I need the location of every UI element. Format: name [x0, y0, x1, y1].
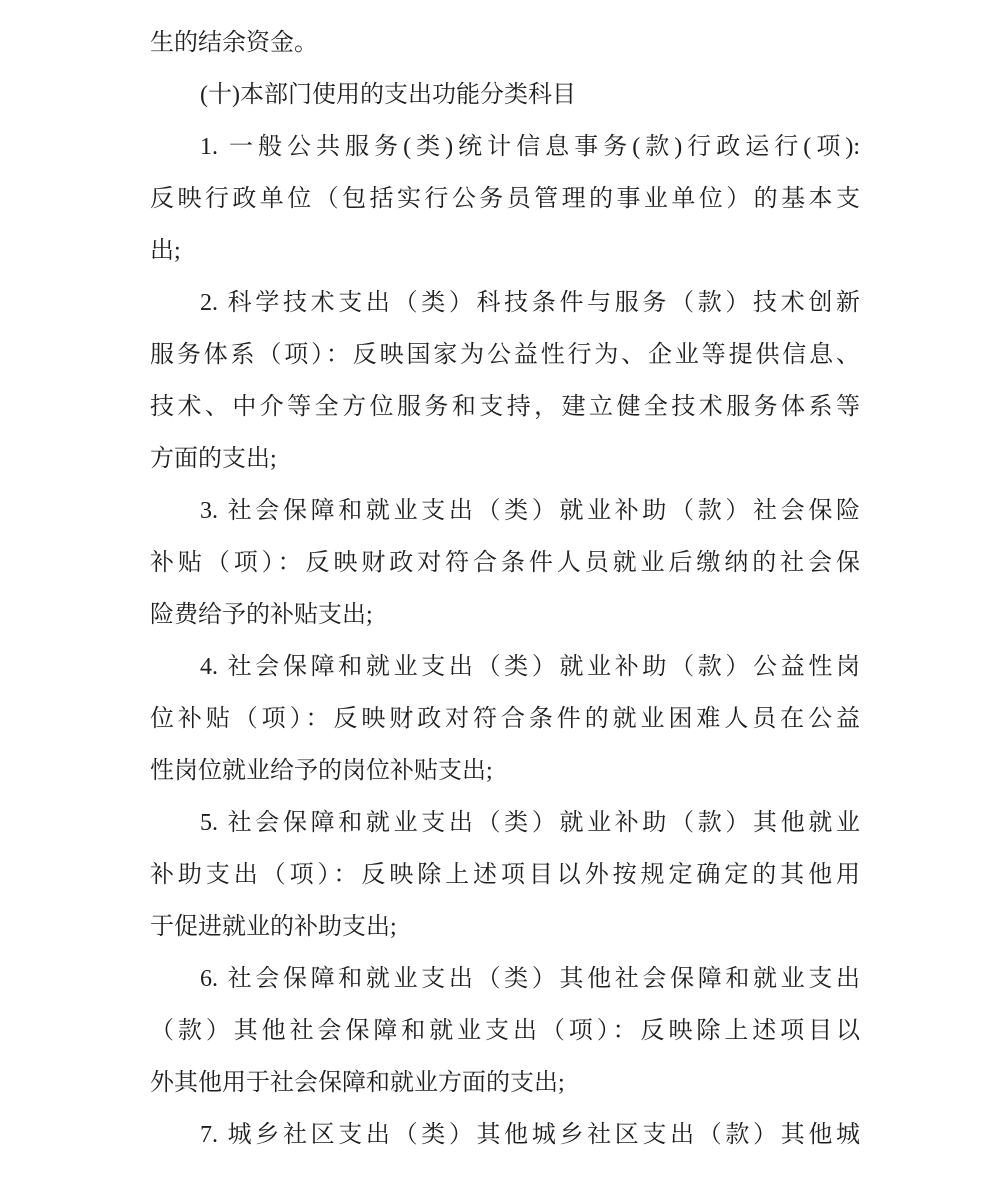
text-line: 于促进就业的补助支出;: [150, 901, 860, 953]
text-line: 3. 社会保障和就业支出（类）就业补助（款）社会保险: [150, 485, 860, 537]
text-line: 6. 社会保障和就业支出（类）其他社会保障和就业支出: [150, 953, 860, 1005]
text-line: 技术、中介等全方位服务和支持，建立健全技术服务体系等: [150, 381, 860, 433]
text-line: 位补贴（项）：反映财政对符合条件的就业困难人员在公益: [150, 693, 860, 745]
text-line: 1. 一般公共服务(类)统计信息事务(款)行政运行(项):: [150, 121, 860, 173]
text-line: 生的结余资金。: [150, 17, 860, 69]
text-line: 4. 社会保障和就业支出（类）就业补助（款）公益性岗: [150, 641, 860, 693]
document-page: 生的结余资金。(十)本部门使用的支出功能分类科目1. 一般公共服务(类)统计信息…: [0, 0, 1000, 1201]
document-content: 生的结余资金。(十)本部门使用的支出功能分类科目1. 一般公共服务(类)统计信息…: [150, 17, 860, 1161]
text-line: 出;: [150, 225, 860, 277]
text-line: （款）其他社会保障和就业支出（项）：反映除上述项目以: [150, 1005, 860, 1057]
text-line: 5. 社会保障和就业支出（类）就业补助（款）其他就业: [150, 797, 860, 849]
text-line: 险费给予的补贴支出;: [150, 589, 860, 641]
text-line: 2. 科学技术支出（类）科技条件与服务（款）技术创新: [150, 277, 860, 329]
text-line: (十)本部门使用的支出功能分类科目: [150, 69, 860, 121]
text-line: 性岗位就业给予的岗位补贴支出;: [150, 745, 860, 797]
text-line: 反映行政单位（包括实行公务员管理的事业单位）的基本支: [150, 173, 860, 225]
text-line: 补贴（项）：反映财政对符合条件人员就业后缴纳的社会保: [150, 537, 860, 589]
text-line: 补助支出（项）：反映除上述项目以外按规定确定的其他用: [150, 849, 860, 901]
text-line: 方面的支出;: [150, 433, 860, 485]
text-line: 服务体系（项）：反映国家为公益性行为、企业等提供信息、: [150, 329, 860, 381]
text-line: 外其他用于社会保障和就业方面的支出;: [150, 1057, 860, 1109]
text-line: 7. 城乡社区支出（类）其他城乡社区支出（款）其他城: [150, 1109, 860, 1161]
